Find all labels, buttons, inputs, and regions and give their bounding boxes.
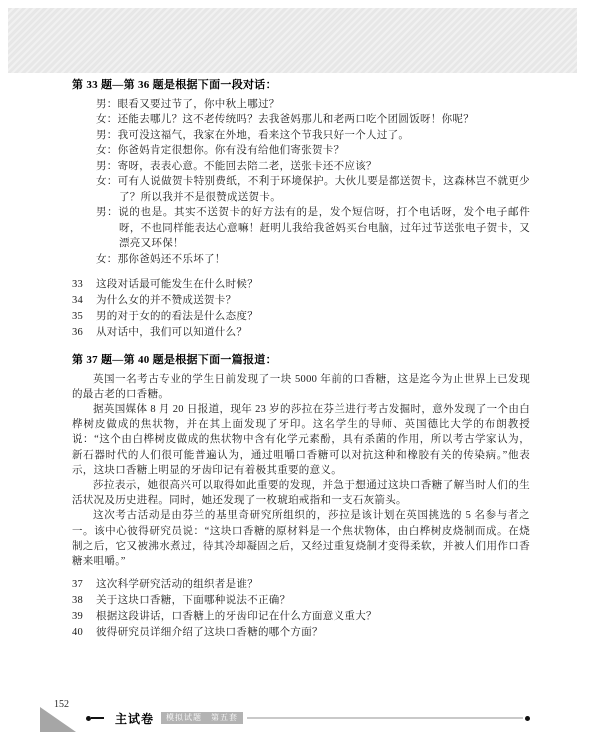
- questions-33-36: 33这段对话最可能发生在什么时候？ 34为什么女的并不赞成送贺卡？ 35男的对于…: [72, 277, 530, 341]
- dialogue-section-heading: 第 33 题—第 36 题是根据下面一段对话：: [72, 78, 530, 94]
- questions-37-40: 37这次科学研究活动的组织者是谁？ 38关于这块口香糖，下面哪种说法不正确？ 3…: [72, 577, 530, 641]
- striped-header-band: [8, 8, 577, 73]
- paragraph: 这次考古活动是由芬兰的基里奇研究所组织的，莎拉是该计划在英国挑选的 5 名参与者…: [72, 508, 530, 569]
- speaker-label: 女：: [96, 254, 118, 265]
- question-number: 36: [72, 325, 96, 341]
- question-text: 从对话中，我们可以知道什么？: [96, 327, 247, 338]
- question-item: 36从对话中，我们可以知道什么？: [72, 325, 530, 341]
- dialogue-text: 你爸妈肯定很想你。你有没有给他们寄张贺卡？: [118, 145, 345, 156]
- question-item: 35男的对于女的的看法是什么态度？: [72, 309, 530, 325]
- speaker-label: 男：: [96, 130, 118, 141]
- dialogue-line: 男：说的也是。其实不送贺卡的好方法有的是，发个短信呀，打个电话呀，发个电子邮件呀…: [96, 205, 530, 252]
- question-number: 37: [72, 577, 96, 593]
- question-text: 为什么女的并不赞成送贺卡？: [96, 295, 236, 306]
- footer: 主试卷 模拟试题 第五套: [86, 710, 530, 726]
- paragraph: 英国一名考古专业的学生日前发现了一块 5000 年前的口香糖，这是迄今为止世界上…: [72, 372, 530, 402]
- speaker-label: 女：: [96, 145, 118, 156]
- dialogue-text: 还能去哪儿？这不老传统吗？去我爸妈那儿和老两口吃个团圆饭呀！你呢？: [118, 114, 474, 125]
- question-text: 男的对于女的的看法是什么态度？: [96, 311, 258, 322]
- question-text: 根据这段讲话，口香糖上的牙齿印记在什么方面意义重大？: [96, 611, 377, 622]
- exam-page: 第 33 题—第 36 题是根据下面一段对话： 男：眼看又要过节了，你中秋上哪过…: [0, 0, 600, 742]
- question-item: 37这次科学研究活动的组织者是谁？: [72, 577, 530, 593]
- question-item: 40彼得研究员详细介绍了这块口香糖的哪个方面？: [72, 625, 530, 641]
- paragraph: 据英国媒体 8 月 20 日报道，现年 23 岁的莎拉在芬兰进行考古发掘时，意外…: [72, 402, 530, 478]
- dialogue-line: 男：我可没这福气，我家在外地，看来这个节我只好一个人过了。: [96, 128, 530, 144]
- page-number: 152: [54, 699, 69, 710]
- dialogue-text: 眼看又要过节了，你中秋上哪过？: [118, 99, 280, 110]
- question-text: 关于这块口香糖，下面哪种说法不正确？: [96, 595, 290, 606]
- question-text: 彼得研究员详细介绍了这块口香糖的哪个方面？: [96, 627, 323, 638]
- dialogue-line: 女：那你爸妈还不乐坏了！: [96, 252, 530, 268]
- speaker-label: 男：: [96, 161, 118, 172]
- question-number: 33: [72, 277, 96, 293]
- paragraph: 莎拉表示，她很高兴可以取得如此重要的发现，并急于想通过这块口香糖了解当时人们的生…: [72, 478, 530, 508]
- speaker-label: 女：: [96, 114, 118, 125]
- page-corner-triangle: [40, 707, 76, 732]
- report-body: 英国一名考古专业的学生日前发现了一块 5000 年前的口香糖，这是迄今为止世界上…: [72, 372, 530, 570]
- question-text: 这次科学研究活动的组织者是谁？: [96, 579, 258, 590]
- dialogue-line: 男：寄呀，表表心意。不能回去陪二老，送张卡还不应该？: [96, 159, 530, 175]
- question-item: 39根据这段讲话，口香糖上的牙齿印记在什么方面意义重大？: [72, 609, 530, 625]
- dialogue-line: 男：眼看又要过节了，你中秋上哪过？: [96, 97, 530, 113]
- dialogue-text: 我可没这福气，我家在外地，看来这个节我只好一个人过了。: [118, 130, 410, 141]
- footer-badge: 模拟试题 第五套: [161, 712, 243, 724]
- footer-section-label: 主试卷: [115, 710, 154, 727]
- report-section-heading: 第 37 题—第 40 题是根据下面一篇报道：: [72, 353, 530, 369]
- question-item: 33这段对话最可能发生在什么时候？: [72, 277, 530, 293]
- dialogue-line: 女：可有人说做贺卡特别费纸，不利于环境保护。大伙儿要是都送贺卡，这森林岂不就更少…: [96, 174, 530, 205]
- question-text: 这段对话最可能发生在什么时候？: [96, 279, 258, 290]
- dialogue-text: 寄呀，表表心意。不能回去陪二老，送张卡还不应该？: [118, 161, 377, 172]
- speaker-label: 男：: [96, 207, 118, 218]
- footer-dash: [91, 717, 104, 719]
- question-number: 34: [72, 293, 96, 309]
- speaker-label: 女：: [96, 176, 118, 187]
- dialogue-text: 说的也是。其实不送贺卡的好方法有的是，发个短信呀，打个电话呀，发个电子邮件呀，不…: [118, 207, 530, 249]
- speaker-label: 男：: [96, 99, 118, 110]
- dialogue-block: 男：眼看又要过节了，你中秋上哪过？ 女：还能去哪儿？这不老传统吗？去我爸妈那儿和…: [72, 97, 530, 268]
- question-number: 39: [72, 609, 96, 625]
- dialogue-line: 女：还能去哪儿？这不老传统吗？去我爸妈那儿和老两口吃个团圆饭呀！你呢？: [96, 112, 530, 128]
- question-number: 38: [72, 593, 96, 609]
- bullet-dot-icon: [525, 716, 530, 721]
- question-number: 35: [72, 309, 96, 325]
- dialogue-text: 那你爸妈还不乐坏了！: [118, 254, 226, 265]
- question-item: 34为什么女的并不赞成送贺卡？: [72, 293, 530, 309]
- dialogue-line: 女：你爸妈肯定很想你。你有没有给他们寄张贺卡？: [96, 143, 530, 159]
- page-content: 第 33 题—第 36 题是根据下面一段对话： 男：眼看又要过节了，你中秋上哪过…: [72, 78, 530, 641]
- dialogue-text: 可有人说做贺卡特别费纸，不利于环境保护。大伙儿要是都送贺卡，这森林岂不就更少了？…: [118, 176, 530, 203]
- footer-rule: [247, 717, 523, 719]
- question-item: 38关于这块口香糖，下面哪种说法不正确？: [72, 593, 530, 609]
- question-number: 40: [72, 625, 96, 641]
